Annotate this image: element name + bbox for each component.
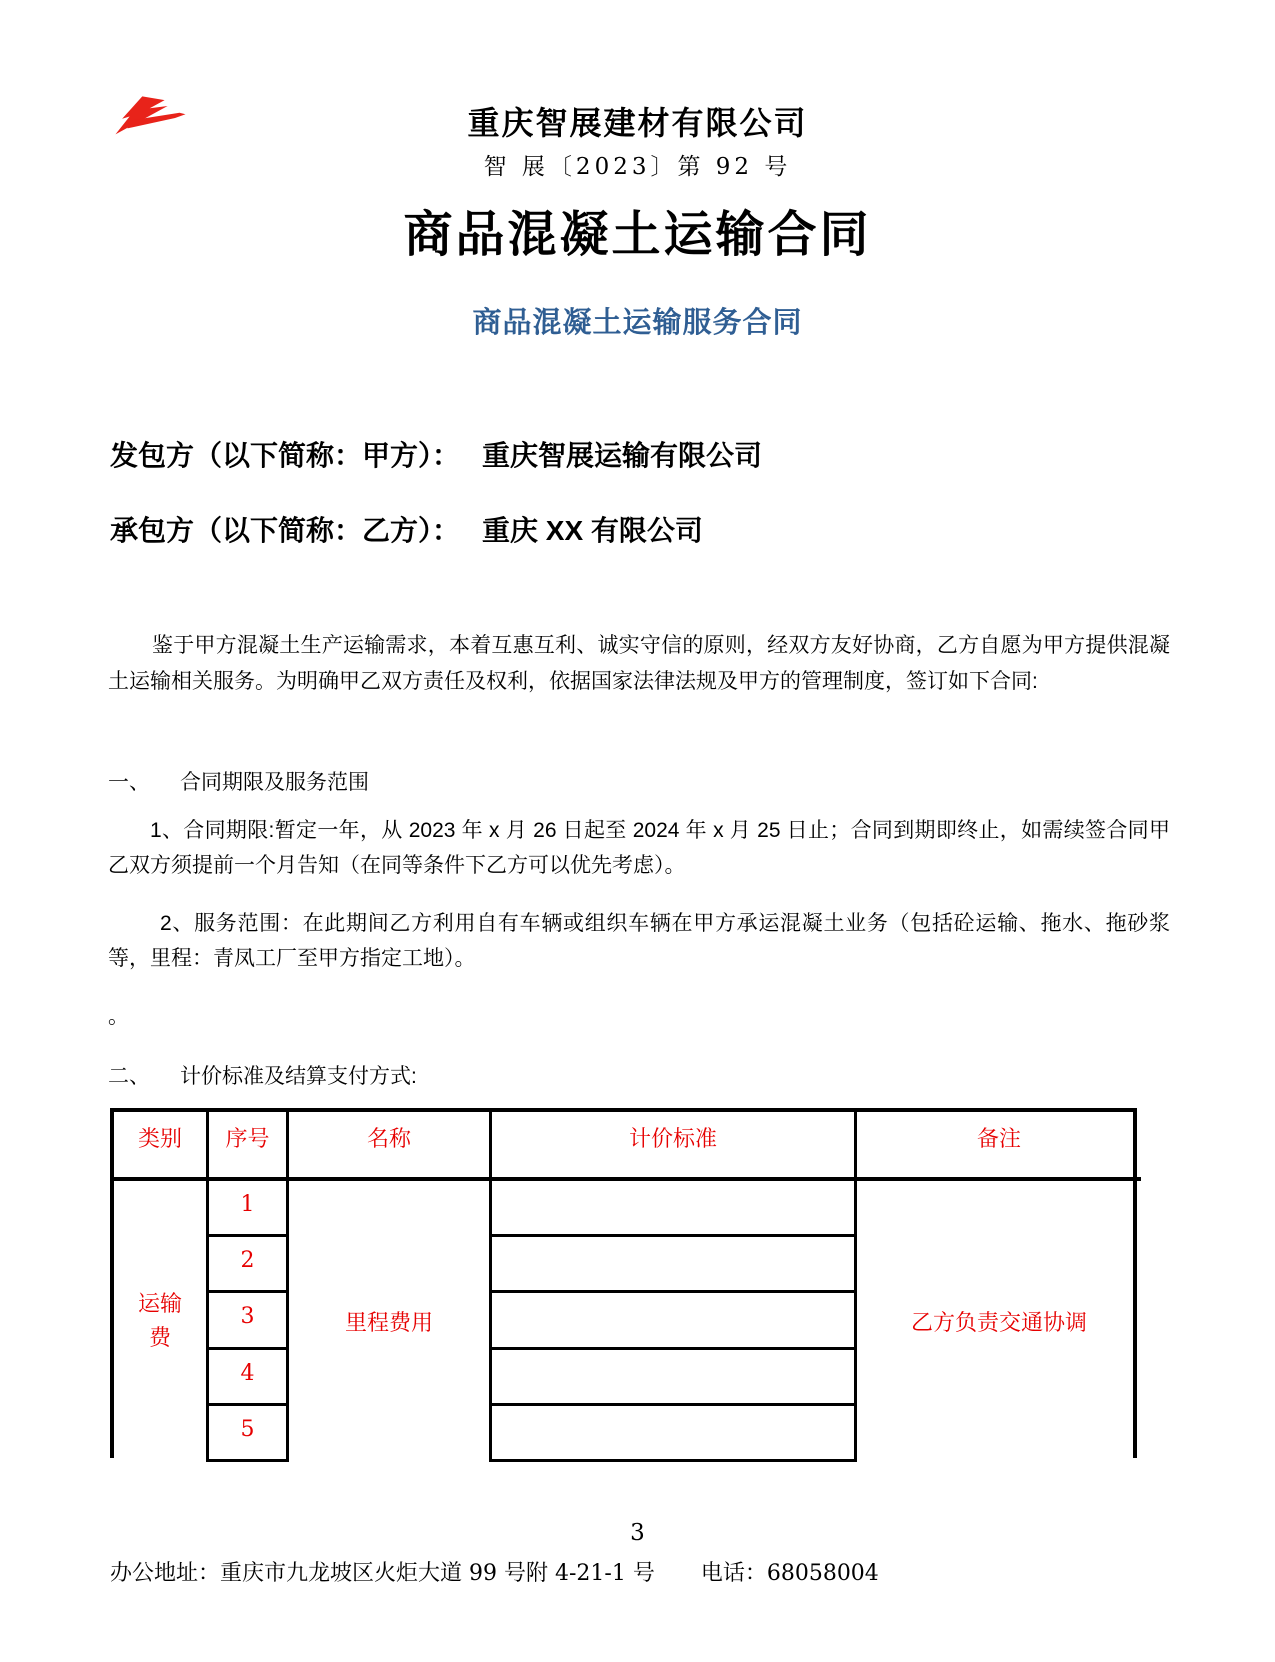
section2-heading: 二、计价标准及结算支付方式: <box>108 1060 417 1090</box>
company-name: 重庆智展建材有限公司 <box>0 98 1275 144</box>
table-header-name: 名称 <box>289 1112 492 1181</box>
party-a-line: 发包方（以下简称：甲方）：重庆智展运输有限公司 <box>110 434 762 474</box>
section1-number: 一、 <box>108 771 150 794</box>
party-a-label: 发包方（以下简称：甲方）： <box>110 440 460 471</box>
party-a-value: 重庆智展运输有限公司 <box>482 440 762 471</box>
table-cell-pricing-2 <box>492 1237 857 1293</box>
table-cell-index-3: 3 <box>209 1293 289 1349</box>
category-line1: 运输 <box>138 1287 182 1321</box>
table-cell-index-4: 4 <box>209 1350 289 1406</box>
table-header-pricing: 计价标准 <box>492 1112 857 1181</box>
table-cell-index-1: 1 <box>209 1181 289 1237</box>
footer-phone: 电话：68058004 <box>701 1556 879 1587</box>
table-cell-pricing-3 <box>492 1293 857 1349</box>
category-line2: 费 <box>149 1321 171 1355</box>
clause-contract-term: 1、合同期限:暂定一年，从 2023 年 x 月 26 日起至 2024 年 x… <box>108 813 1170 883</box>
section2-number: 二、 <box>108 1065 150 1088</box>
contract-page: 重庆智展建材有限公司 智 展〔2023〕第 92 号 商品混凝土运输合同 商品混… <box>0 0 1275 1662</box>
footer-address: 办公地址：重庆市九龙坡区火炬大道 99 号附 4-21-1 号 <box>110 1556 655 1587</box>
table-cell-index-5: 5 <box>209 1406 289 1462</box>
table-header-index: 序号 <box>209 1112 289 1181</box>
table-cell-pricing-4 <box>492 1350 857 1406</box>
table-header-remark: 备注 <box>857 1112 1141 1181</box>
table-cell-remark: 乙方负责交通协调 <box>857 1181 1141 1462</box>
table-cell-pricing-5 <box>492 1406 857 1462</box>
party-b-line: 承包方（以下简称：乙方）：重庆 XX 有限公司 <box>110 509 703 549</box>
stray-period: 。 <box>108 1000 129 1030</box>
subtitle: 商品混凝土运输服务合同 <box>0 300 1275 341</box>
page-number: 3 <box>0 1520 1275 1546</box>
party-b-label: 承包方（以下简称：乙方）： <box>110 515 460 546</box>
table-cell-index-2: 2 <box>209 1237 289 1293</box>
clause-service-scope: 2、服务范围：在此期间乙方利用自有车辆或组织车辆在甲方承运混凝土业务（包括砼运输… <box>108 906 1170 976</box>
page-title: 商品混凝土运输合同 <box>0 196 1275 266</box>
table-cell-category: 运输 费 <box>114 1181 209 1462</box>
footer-line: 办公地址：重庆市九龙坡区火炬大道 99 号附 4-21-1 号 电话：68058… <box>110 1556 879 1587</box>
party-b-value: 重庆 XX 有限公司 <box>482 515 703 546</box>
table-header-category: 类别 <box>114 1112 209 1181</box>
section1-heading: 一、合同期限及服务范围 <box>108 766 369 796</box>
section1-title: 合同期限及服务范围 <box>180 771 369 794</box>
doc-number: 智 展〔2023〕第 92 号 <box>0 148 1275 181</box>
section2-title: 计价标准及结算支付方式: <box>180 1065 417 1088</box>
table-cell-name: 里程费用 <box>289 1181 492 1462</box>
table-cell-pricing-1 <box>492 1181 857 1237</box>
intro-paragraph: 鉴于甲方混凝土生产运输需求，本着互惠互利、诚实守信的原则，经双方友好协商，乙方自… <box>108 628 1170 700</box>
pricing-table: 类别 序号 名称 计价标准 备注 运输 费 1 2 3 4 5 里程费用 乙方负… <box>110 1108 1137 1458</box>
